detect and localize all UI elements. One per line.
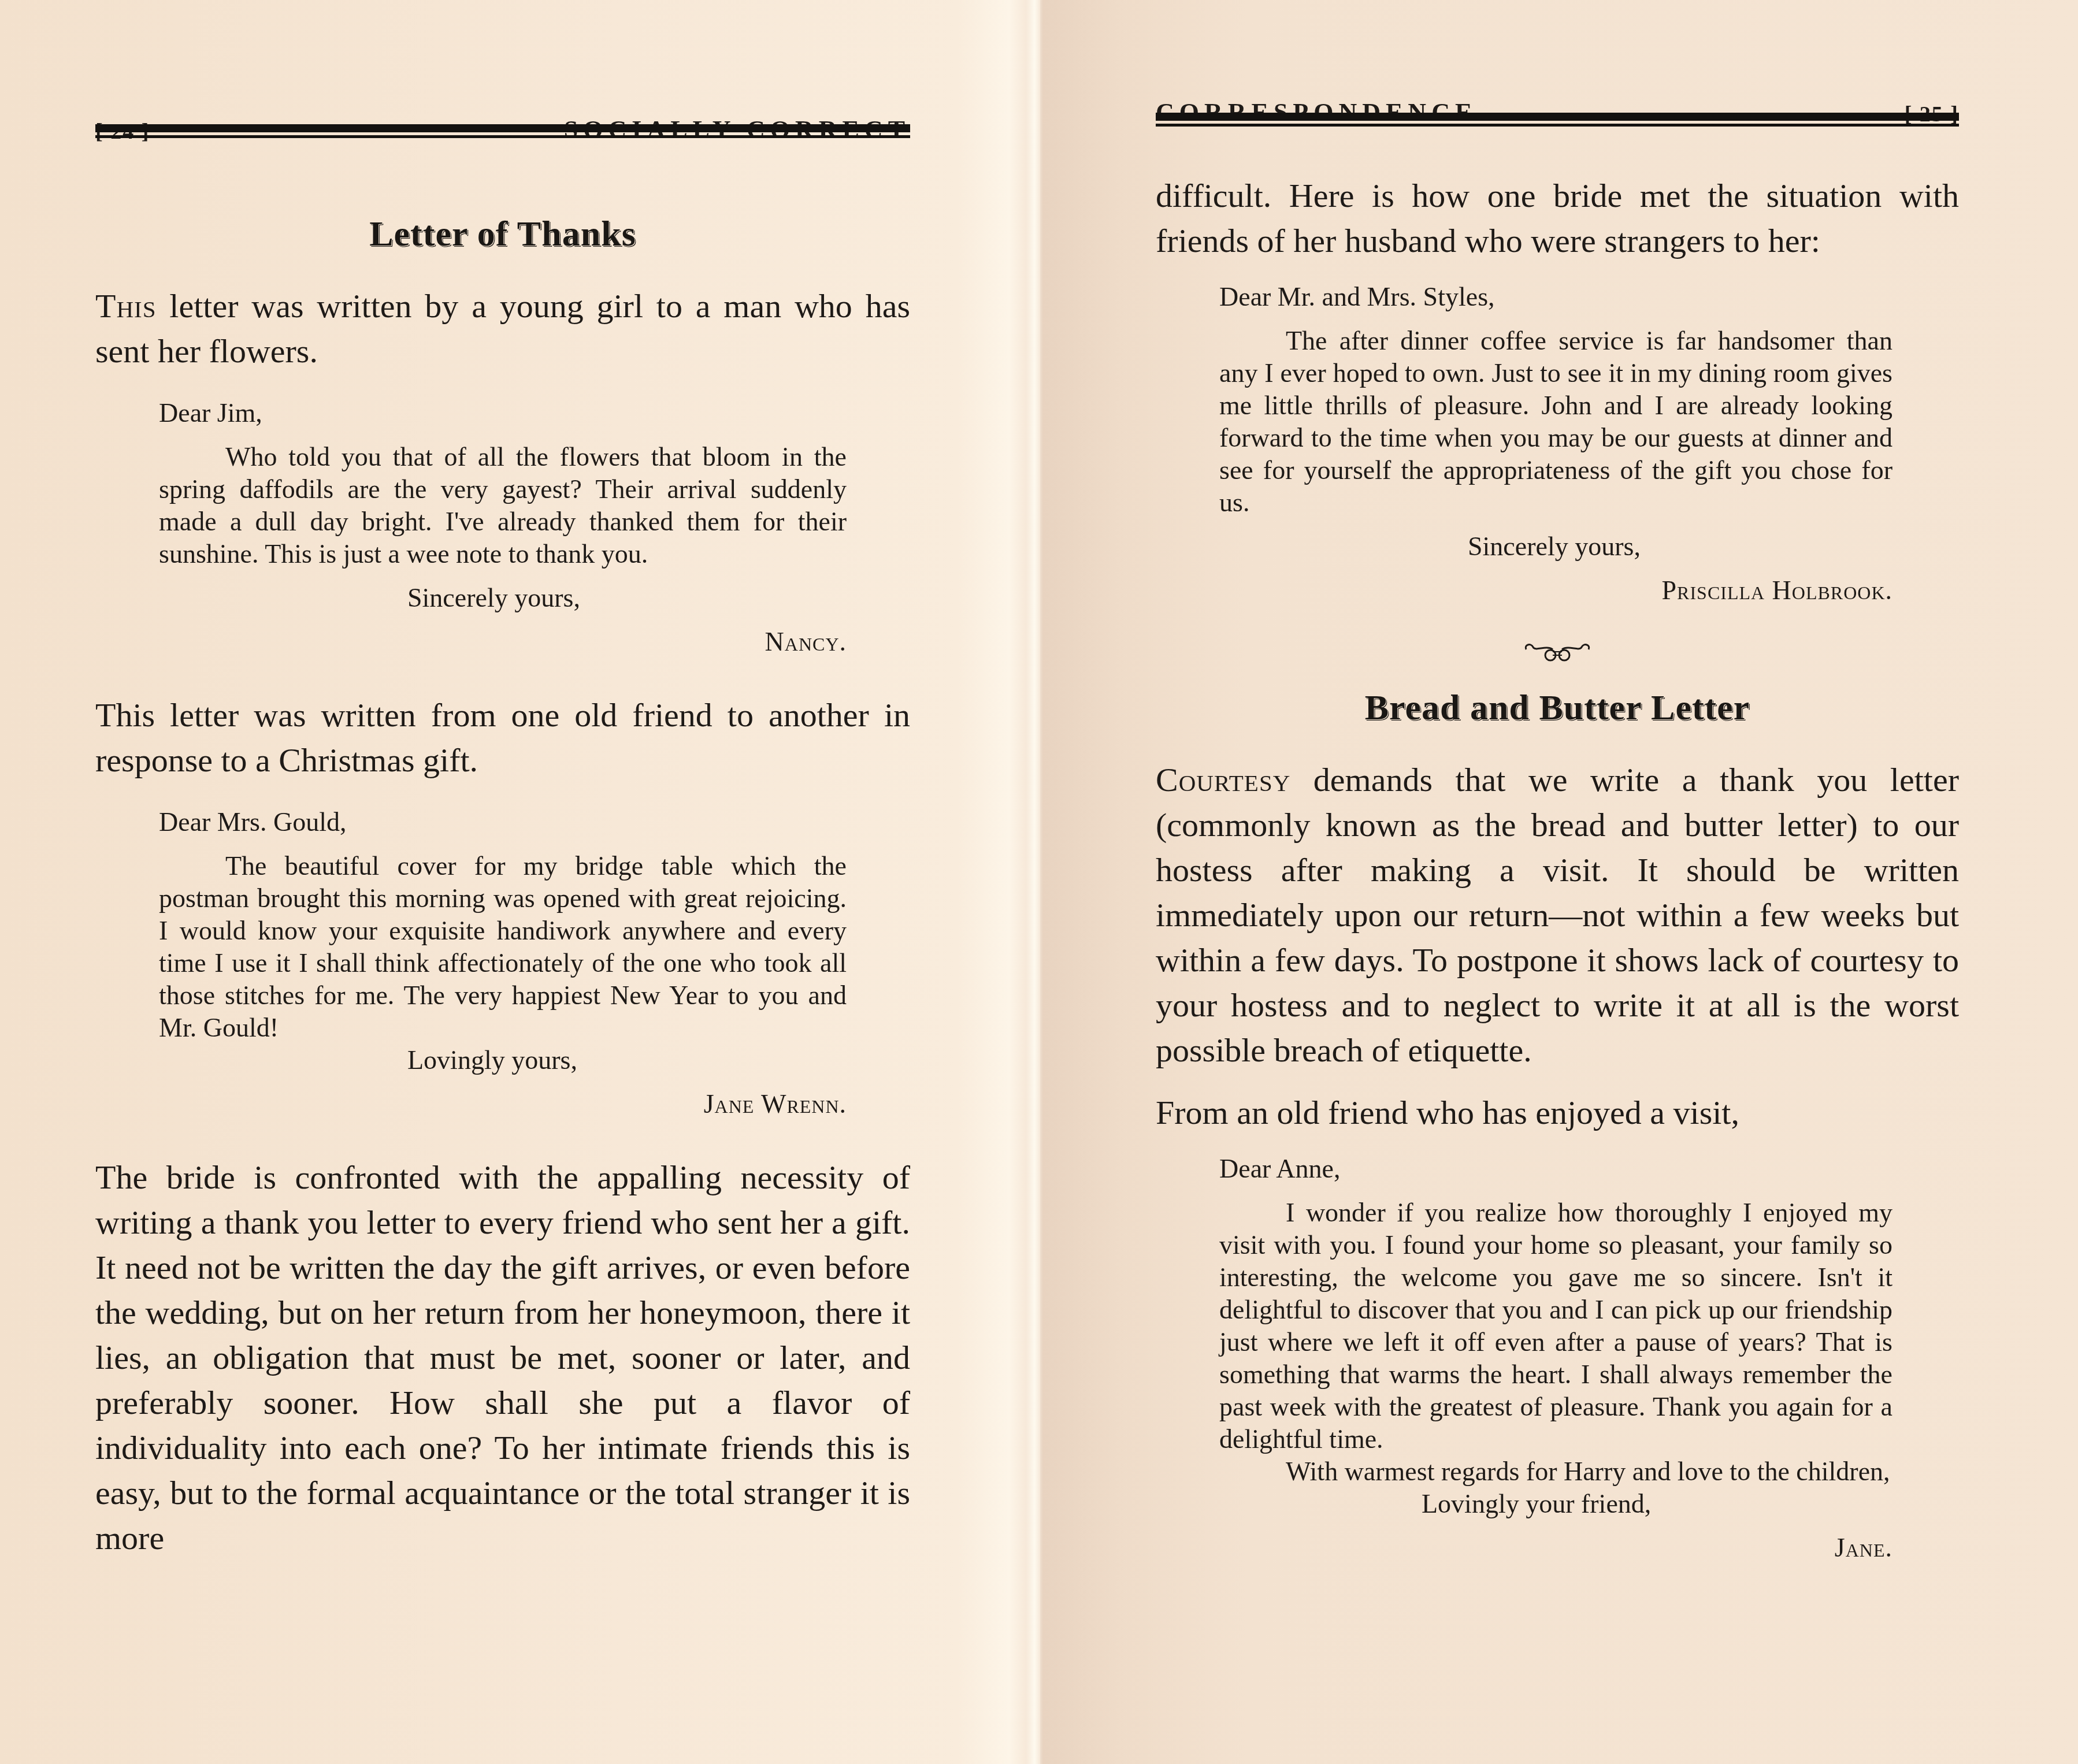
right-page: CORRESPONDENCE [ 25 ] difficult. Here is… <box>1040 0 2078 1764</box>
letter-body: The beautiful cover for my bridge table … <box>159 850 847 1044</box>
postscript: With warmest regards for Harry and love … <box>1219 1455 1893 1488</box>
right-page-content: difficult. Here is how one bride met the… <box>1156 173 1959 1599</box>
letter-to-anne: Dear Anne, I wonder if you realize how t… <box>1156 1153 1959 1564</box>
section-title-bread-and-butter: Bread and Butter Letter <box>1156 688 1959 729</box>
salutation: Dear Anne, <box>1219 1153 1893 1185</box>
signature: Jane Wrenn. <box>159 1088 847 1120</box>
book-gutter <box>1026 0 1043 1764</box>
intro-text: letter was written by a young girl to a … <box>95 287 910 370</box>
signature: Jane. <box>1219 1532 1893 1564</box>
paragraph-text: demands that we write a thank you letter… <box>1156 761 1959 1069</box>
letter-to-jim: Dear Jim, Who told you that of all the f… <box>95 397 910 658</box>
fleuron-ornament-icon <box>1156 641 1959 664</box>
header-double-rule-left <box>95 124 910 138</box>
courtesy-paragraph: Courtesy demands that we write a thank y… <box>1156 757 1959 1073</box>
signature: Priscilla Holbrook. <box>1219 574 1893 607</box>
closing: Lovingly yours, <box>407 1044 847 1076</box>
intro-paragraph-1: This letter was written by a young girl … <box>95 284 910 374</box>
closing: Lovingly your friend, <box>1422 1488 1893 1520</box>
continuation-paragraph: difficult. Here is how one bride met the… <box>1156 173 1959 263</box>
left-page: [ 24 ] SOCIALLY CORRECT Letter of Thanks… <box>0 0 1040 1764</box>
book-spread: [ 24 ] SOCIALLY CORRECT Letter of Thanks… <box>0 0 2078 1764</box>
letter-body: I wonder if you realize how thoroughly I… <box>1219 1197 1893 1455</box>
letter-to-styles: Dear Mr. and Mrs. Styles, The after dinn… <box>1156 281 1959 607</box>
letter-body: The after dinner coffee service is far h… <box>1219 325 1893 519</box>
lead-small-caps: This <box>95 287 157 325</box>
left-page-content: Letter of Thanks This letter was written… <box>95 191 910 1578</box>
signature: Nancy. <box>159 626 847 658</box>
header-double-rule-right <box>1156 113 1959 127</box>
intro-paragraph-2: This letter was written from one old fri… <box>95 693 910 783</box>
salutation: Dear Mrs. Gould, <box>159 806 847 838</box>
closing: Sincerely yours, <box>1468 530 1893 563</box>
section-title-letter-of-thanks: Letter of Thanks <box>95 214 910 255</box>
salutation: Dear Mr. and Mrs. Styles, <box>1219 281 1893 313</box>
salutation: Dear Jim, <box>159 397 847 429</box>
letter-to-mrs-gould: Dear Mrs. Gould, The beautiful cover for… <box>95 806 910 1120</box>
intro-paragraph-4: From an old friend who has enjoyed a vis… <box>1156 1090 1959 1135</box>
lead-small-caps: Courtesy <box>1156 761 1290 799</box>
closing: Sincerely yours, <box>407 582 847 614</box>
letter-body: Who told you that of all the flowers tha… <box>159 441 847 570</box>
paragraph-bride: The bride is confronted with the appalli… <box>95 1155 910 1561</box>
